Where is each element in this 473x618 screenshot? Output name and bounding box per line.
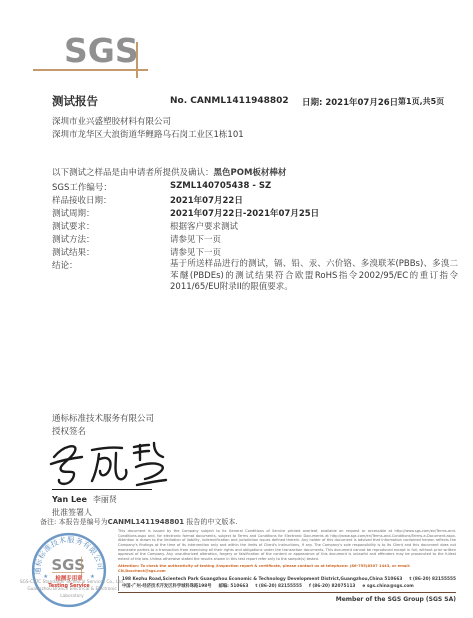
footer-address-row-en: 198 Kezhu Road,Scientech Park Guangzhou … — [122, 576, 460, 583]
field-label: 测试要求： — [52, 220, 170, 232]
field-row-received-date: 样品接收日期： 2021年07月22日 — [52, 194, 452, 207]
page-indicator: 第1页,共5页 — [398, 96, 444, 107]
field-row-test-results: 测试结果： 请参见下一页 — [52, 246, 452, 259]
postal-code: 邮编: 510663 — [219, 583, 249, 590]
logo-vertical-line — [136, 42, 138, 78]
signer-name-en: Yan Lee — [52, 495, 87, 504]
field-value: 2021年07月22日 — [170, 194, 452, 206]
terms-disclaimer: This document is issued by the Company s… — [118, 529, 456, 562]
field-label: SGS工作编号： — [52, 181, 170, 193]
field-label: 测试周期： — [52, 207, 170, 219]
field-value: 请参见下一页 — [170, 246, 452, 258]
stamp-company-line1: SGS-CSTC Standards Technical Services Co… — [16, 580, 128, 587]
note-suffix: 报告的中文版本. — [184, 518, 237, 526]
field-label: 测试方法： — [52, 233, 170, 245]
signature-line — [52, 489, 152, 490]
field-row-job-no: SGS工作编号： SZML140705438 - SZ — [52, 181, 452, 194]
conclusion-text: 基于所送样品进行的测试，镉、铅、汞、六价铬、多溴联苯(PBBs)、多溴二苯醚(P… — [170, 259, 458, 294]
field-value: 2021年07月22日-2021年07月25日 — [170, 207, 452, 219]
field-value: SZML140705438 - SZ — [170, 181, 452, 191]
applicant-address: 深圳市龙华区大浪街道华鲤路乌石岗工业区1栋101 — [52, 128, 244, 140]
stamp-star-right-icon: ★ — [90, 574, 95, 580]
report-date: 日期: 2021年07月26日 — [302, 96, 398, 108]
field-label: 结论： — [52, 259, 170, 271]
sample-statement: 以下测试之样品是由申请者所提供及确认：黑色POM板材棒材 — [52, 166, 286, 178]
field-row-test-method: 测试方法： 请参见下一页 — [52, 233, 452, 246]
footer-address-block: 198 Kezhu Road,Scientech Park Guangzhou … — [118, 576, 460, 591]
signer-name-cn: 李丽贤 — [93, 495, 117, 504]
report-note: 备注: 本报告是编号为CANML1411948801 报告的中文版本. — [40, 517, 238, 527]
report-number: No. CANML1411948802 — [170, 96, 289, 106]
applicant-name: 深圳市业兴盛塑胶材料有限公司 — [52, 115, 171, 127]
field-label: 样品接收日期： — [52, 194, 170, 206]
sgs-group-member-text: Member of the SGS Group (SGS SA) — [0, 596, 456, 603]
address-cn: 中国·广州·经济技术开发区科学城科珠路198号 — [122, 583, 212, 590]
field-value: 请参见下一页 — [170, 233, 452, 245]
field-row-testing-period: 测试周期： 2021年07月22日-2021年07月25日 — [52, 207, 452, 220]
phone-number: t (86-20) 82155555 — [255, 583, 302, 590]
email-address: e sgs.china@sgs.com — [362, 583, 413, 590]
report-title: 测试报告 — [52, 93, 98, 109]
signer-name: Yan Lee李丽贤 — [52, 494, 117, 505]
issuer-company-name: 通标标准技术服务有限公司 — [52, 412, 154, 424]
fax-number: f (86-20) 82075113 — [309, 583, 355, 590]
note-prefix: 备注: 本报告是编号为 — [40, 518, 108, 526]
sgs-logo: SGS — [64, 34, 139, 67]
footer-address-row-cn: 中国·广州·经济技术开发区科学城科珠路198号 邮编: 510663 t (86… — [122, 583, 460, 590]
field-row-test-requested: 测试要求： 根据客户要求测试 — [52, 220, 452, 233]
signature-handwriting — [48, 437, 178, 489]
test-report-page: SGS 测试报告 No. CANML1411948802 日期: 2021年07… — [0, 0, 473, 618]
logo-horizontal-line — [33, 69, 148, 71]
authorized-signature-label: 授权签名 — [52, 425, 86, 437]
stamp-star-left-icon: ★ — [43, 574, 48, 580]
field-row-conclusion: 结论： 基于所送样品进行的测试，镉、铅、汞、六价铬、多溴联苯(PBBs)、多溴二… — [52, 259, 452, 294]
field-label: 测试结果： — [52, 246, 170, 258]
field-value: 根据客户要求测试 — [170, 220, 452, 232]
address-en: 198 Kezhu Road,Scientech Park Guangzhou … — [122, 576, 402, 583]
report-fields: SGS工作编号： SZML140705438 - SZ 样品接收日期： 2021… — [52, 181, 452, 294]
note-report-number: CANML1411948801 — [108, 518, 185, 526]
sample-description: 黑色POM板材棒材 — [214, 168, 287, 178]
phone-number: t (86-20) 82155555 — [409, 576, 456, 583]
stamp-sgs-logo: SGS — [51, 557, 85, 574]
sample-statement-prefix: 以下测试之样品是由申请者所提供及确认： — [52, 168, 214, 178]
footer-divider-line — [118, 592, 456, 593]
authenticity-attention: Attention: To check the authenticity of … — [118, 564, 456, 574]
